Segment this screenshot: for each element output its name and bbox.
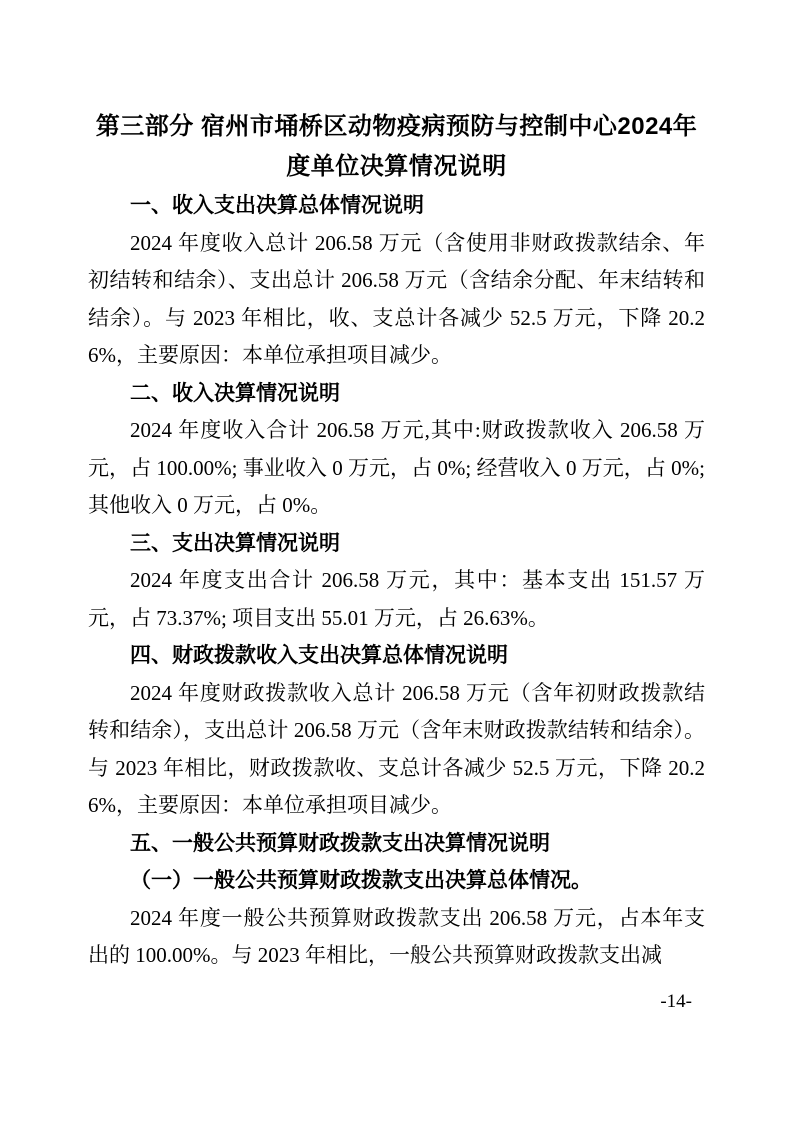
section-5-paragraph: 2024 年度一般公共预算财政拨款支出 206.58 万元，占本年支出的 100… (88, 900, 705, 975)
section-general-public-budget-expenditure: 五、一般公共预算财政拨款支出决算情况说明 （一）一般公共预算财政拨款支出决算总体… (88, 825, 705, 975)
section-3-paragraph: 2024 年度支出合计 206.58 万元，其中：基本支出 151.57 万元，… (88, 562, 705, 637)
section-4-heading: 四、财政拨款收入支出决算总体情况说明 (88, 637, 705, 675)
document-title: 第三部分 宿州市埇桥区动物疫病预防与控制中心2024年 度单位决算情况说明 (88, 107, 705, 187)
section-2-heading: 二、收入决算情况说明 (88, 375, 705, 413)
section-2-paragraph: 2024 年度收入合计 206.58 万元,其中:财政拨款收入 206.58 万… (88, 412, 705, 525)
section-5-subheading: （一）一般公共预算财政拨款支出决算总体情况。 (88, 862, 705, 900)
document-page: 第三部分 宿州市埇桥区动物疫病预防与控制中心2024年 度单位决算情况说明 一、… (0, 0, 793, 1122)
section-fiscal-appropriation-overview: 四、财政拨款收入支出决算总体情况说明 2024 年度财政拨款收入总计 206.5… (88, 637, 705, 825)
section-1-paragraph: 2024 年度收入总计 206.58 万元（含使用非财政拨款结余、年初结转和结余… (88, 225, 705, 375)
document-title-line-1: 第三部分 宿州市埇桥区动物疫病预防与控制中心2024年 (88, 107, 705, 147)
page-number: -14- (660, 990, 692, 1014)
section-income-details: 二、收入决算情况说明 2024 年度收入合计 206.58 万元,其中:财政拨款… (88, 375, 705, 525)
section-3-heading: 三、支出决算情况说明 (88, 525, 705, 563)
section-1-heading: 一、收入支出决算总体情况说明 (88, 187, 705, 225)
section-4-paragraph: 2024 年度财政拨款收入总计 206.58 万元（含年初财政拨款结转和结余），… (88, 675, 705, 825)
section-5-heading: 五、一般公共预算财政拨款支出决算情况说明 (88, 825, 705, 863)
section-expenditure-details: 三、支出决算情况说明 2024 年度支出合计 206.58 万元，其中：基本支出… (88, 525, 705, 638)
section-income-expenditure-overview: 一、收入支出决算总体情况说明 2024 年度收入总计 206.58 万元（含使用… (88, 187, 705, 375)
document-title-line-2: 度单位决算情况说明 (88, 147, 705, 187)
